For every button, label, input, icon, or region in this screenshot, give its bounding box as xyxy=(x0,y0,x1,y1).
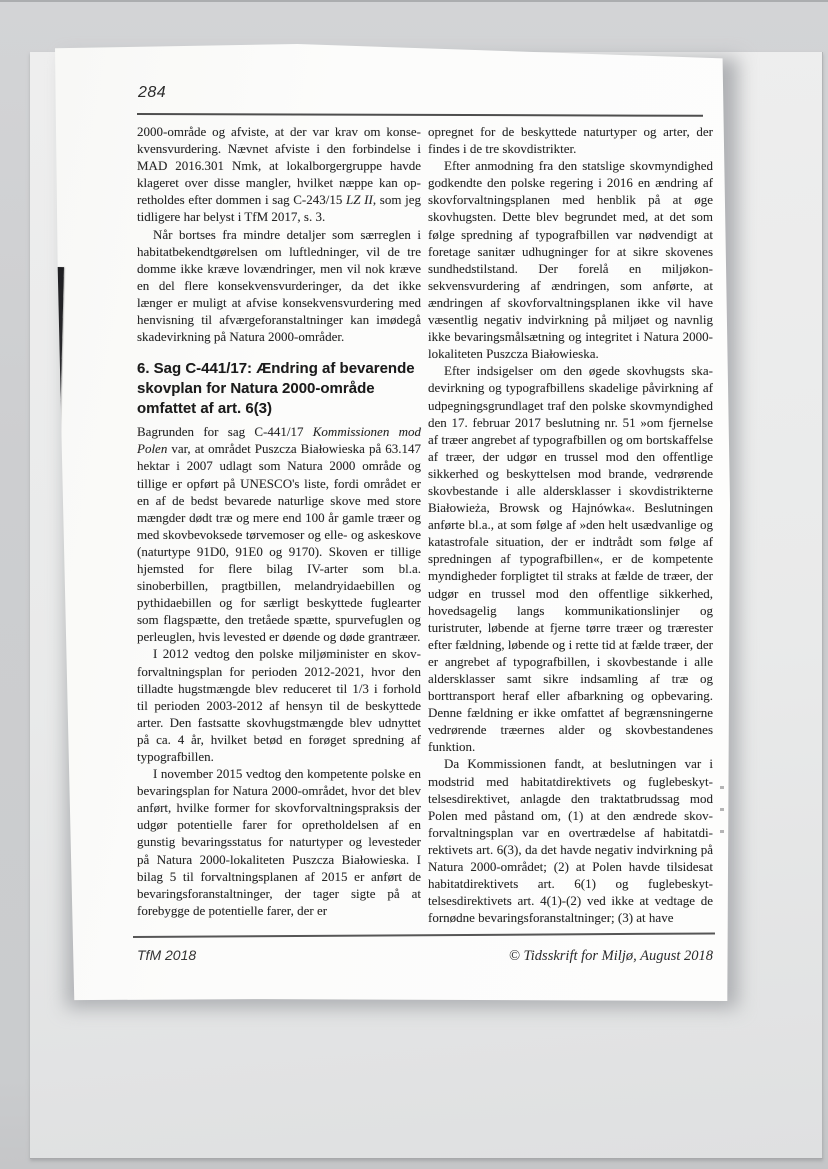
text-segment: var, at området Puszcza Białowieska på 6… xyxy=(137,441,421,644)
paragraph: Efter indsigelser om den øgede skovhugst… xyxy=(428,362,713,755)
journal-page: 284 2000-område og afviste, at der var k… xyxy=(54,44,730,1002)
section-heading: 6. Sag C-441/17: Ændring af bevarende sk… xyxy=(137,359,421,419)
paragraph: Da Kommissionen fandt, at beslutningen v… xyxy=(428,755,713,926)
scanned-document: 284 2000-område og afviste, at der var k… xyxy=(0,0,828,1169)
paragraph: 2000-område og afviste, at der var krav … xyxy=(137,123,421,226)
footer-rule xyxy=(133,932,715,937)
paragraph: Efter anmodning fra den statslige skovmy… xyxy=(428,157,713,362)
footer-journal-abbrev: TfM 2018 xyxy=(137,947,196,963)
paragraph: opregnet for de beskyttede naturtyper og… xyxy=(428,123,713,157)
left-column: 2000-område og afviste, at der var krav … xyxy=(137,123,421,919)
case-name-italic: LZ II xyxy=(346,192,373,207)
paragraph: I november 2015 vedtog den kompetente po… xyxy=(137,765,421,919)
header-rule xyxy=(137,113,703,117)
page-number: 284 xyxy=(138,84,166,102)
footer-copyright: © Tidsskrift for Miljø, August 2018 xyxy=(509,948,713,965)
right-column: opregnet for de beskyttede naturtyper og… xyxy=(428,123,713,926)
page-curl-marks xyxy=(720,786,724,846)
scan-edge-line xyxy=(0,0,828,2)
text-segment: Bagrunden for sag C-441/17 xyxy=(137,424,313,439)
paragraph: Bagrunden for sag C-441/17 Kommissionen … xyxy=(137,423,421,645)
paragraph: I 2012 vedtog den polske miljøminister e… xyxy=(137,645,421,765)
paragraph: Når bortses fra mindre detaljer som særr… xyxy=(137,226,421,346)
